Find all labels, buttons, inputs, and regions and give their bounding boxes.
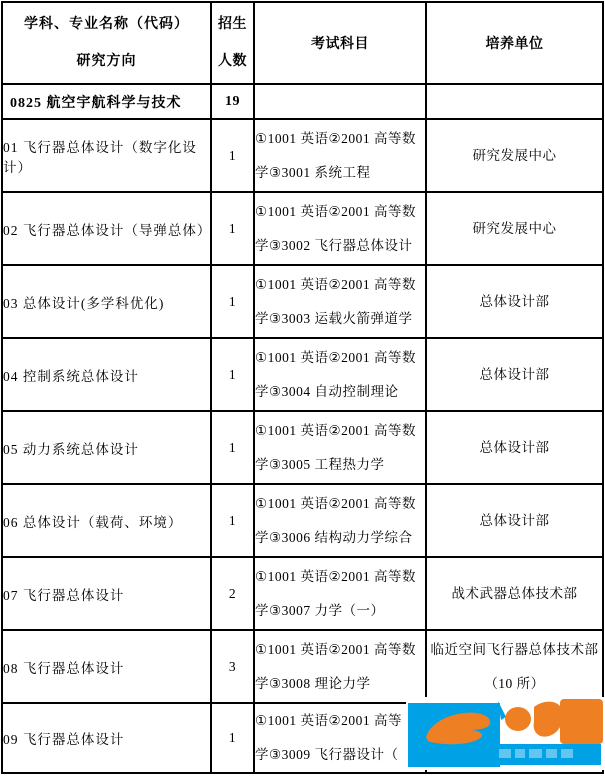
research-direction-cell: 07 飞行器总体设计 xyxy=(2,557,211,630)
table-row: 01 飞行器总体设计（数字化设计） 1 ①1001 英语②2001 高等数 学③… xyxy=(2,119,603,192)
research-direction-cell: 01 飞行器总体设计（数字化设计） xyxy=(2,119,211,192)
training-unit-cell: 总体设计部 xyxy=(426,265,603,338)
exam-line-2: 学③3004 自动控制理论 xyxy=(255,375,425,409)
document-page: 学科、专业名称（代码） 研究方向 招生 人数 考试科目 培养单位 0825 航空… xyxy=(0,0,605,776)
exam-subjects-cell: ①1001 英语②2001 高等数 学③3008 理论力学 xyxy=(254,630,426,703)
logo-tagline-mark xyxy=(529,749,542,758)
admissions-table: 学科、专业名称（代码） 研究方向 招生 人数 考试科目 培养单位 0825 航空… xyxy=(1,1,604,774)
table-row: 02 飞行器总体设计（导弹总体） 1 ①1001 英语②2001 高等数 学③3… xyxy=(2,192,603,265)
research-direction-cell: 04 控制系统总体设计 xyxy=(2,338,211,411)
exam-line-1: ①1001 英语②2001 高等数 xyxy=(255,414,425,448)
exam-line-2: 学③3005 工程热力学 xyxy=(255,448,425,482)
unit-line-1: 总体设计部 xyxy=(427,285,602,319)
table-header-row: 学科、专业名称（代码） 研究方向 招生 人数 考试科目 培养单位 xyxy=(2,2,603,84)
table-row: 08 飞行器总体设计 3 ①1001 英语②2001 高等数 学③3008 理论… xyxy=(2,630,603,703)
training-unit-cell: 总体设计部 xyxy=(426,411,603,484)
unit-line-1: 研究发展中心 xyxy=(427,139,602,173)
exam-line-2: 学③3008 理论力学 xyxy=(255,667,425,701)
enrollment-count-cell: 1 xyxy=(211,411,254,484)
exam-subjects-cell: ①1001 英语②2001 高等数 学③3003 运载火箭弹道学 xyxy=(254,265,426,338)
enrollment-count-cell: 1 xyxy=(211,338,254,411)
exam-subjects-cell: ①1001 英语②2001 高等数 学③3005 工程热力学 xyxy=(254,411,426,484)
research-direction-cell: 03 总体设计(多学科优化) xyxy=(2,265,211,338)
header-enrollment-line2: 人数 xyxy=(212,43,253,80)
exam-line-2: 学③3001 系统工程 xyxy=(255,156,425,190)
exam-line-1: ①1001 英语②2001 高等数 xyxy=(255,560,425,594)
exam-subjects-cell: ①1001 英语②2001 高等数 学③3002 飞行器总体设计 xyxy=(254,192,426,265)
exam-line-2: 学③3009 飞行器设计（ xyxy=(255,738,425,772)
exam-subjects-cell: ①1001 英语②2001 高等 学③3009 飞行器设计（ xyxy=(254,703,426,773)
discipline-unit-cell xyxy=(426,84,603,119)
logo-orange-block xyxy=(560,699,603,744)
exam-line-1: ①1001 英语②2001 高等数 xyxy=(255,341,425,375)
research-direction-cell: 09 飞行器总体设计 xyxy=(2,703,211,773)
research-direction-cell: 05 动力系统总体设计 xyxy=(2,411,211,484)
discipline-group-row: 0825 航空宇航科学与技术 19 xyxy=(2,84,603,119)
research-direction-cell: 06 总体设计（载荷、环境） xyxy=(2,484,211,557)
header-exam-cell: 考试科目 xyxy=(254,2,426,84)
logo-orange-char-2 xyxy=(534,702,564,737)
table-row: 03 总体设计(多学科优化) 1 ①1001 英语②2001 高等数 学③300… xyxy=(2,265,603,338)
header-subject-line2: 研究方向 xyxy=(3,43,210,80)
exam-line-1: ①1001 英语②2001 高等 xyxy=(255,704,425,738)
watermark-logo xyxy=(406,697,605,770)
training-unit-cell: 研究发展中心 xyxy=(426,192,603,265)
unit-line-1: 临近空间飞行器总体技术部 xyxy=(427,633,602,667)
table-row: 07 飞行器总体设计 2 ①1001 英语②2001 高等数 学③3007 力学… xyxy=(2,557,603,630)
enrollment-count-cell: 1 xyxy=(211,119,254,192)
table-row: 04 控制系统总体设计 1 ①1001 英语②2001 高等数 学③3004 自… xyxy=(2,338,603,411)
exam-line-2: 学③3003 运载火箭弹道学 xyxy=(255,302,425,336)
unit-line-1: 战术武器总体技术部 xyxy=(427,577,602,611)
exam-subjects-cell: ①1001 英语②2001 高等数 学③3004 自动控制理论 xyxy=(254,338,426,411)
logo-tagline-mark xyxy=(499,749,511,758)
enrollment-count-cell: 1 xyxy=(211,703,254,773)
research-direction-cell: 02 飞行器总体设计（导弹总体） xyxy=(2,192,211,265)
header-subject-line1: 学科、专业名称（代码） xyxy=(3,6,210,43)
exam-line-1: ①1001 英语②2001 高等数 xyxy=(255,195,425,229)
discipline-count-cell: 19 xyxy=(211,84,254,119)
unit-line-1: 总体设计部 xyxy=(427,431,602,465)
enrollment-count-cell: 2 xyxy=(211,557,254,630)
exam-line-2: 学③3007 力学（一） xyxy=(255,594,425,628)
unit-line-2: （10 所） xyxy=(427,667,602,701)
logo-orange-char-1 xyxy=(505,707,531,731)
discipline-name-cell: 0825 航空宇航科学与技术 xyxy=(2,84,211,119)
unit-line-1: 总体设计部 xyxy=(427,358,602,392)
header-enrollment-line1: 招生 xyxy=(212,6,253,43)
research-direction-cell: 08 飞行器总体设计 xyxy=(2,630,211,703)
header-enrollment-cell: 招生 人数 xyxy=(211,2,254,84)
enrollment-count-cell: 3 xyxy=(211,630,254,703)
exam-line-1: ①1001 英语②2001 高等数 xyxy=(255,633,425,667)
exam-line-2: 学③3002 飞行器总体设计 xyxy=(255,229,425,263)
header-unit-cell: 培养单位 xyxy=(426,2,603,84)
training-unit-cell: 总体设计部 xyxy=(426,484,603,557)
unit-line-1: 总体设计部 xyxy=(427,504,602,538)
header-subject-cell: 学科、专业名称（代码） 研究方向 xyxy=(2,2,211,84)
exam-line-2: 学③3006 结构动力学综合 xyxy=(255,521,425,555)
logo-graphic xyxy=(406,697,605,770)
unit-line-1: 研究发展中心 xyxy=(427,212,602,246)
training-unit-cell: 临近空间飞行器总体技术部 （10 所） xyxy=(426,630,603,703)
training-unit-cell: 总体设计部 xyxy=(426,338,603,411)
training-unit-cell: 战术武器总体技术部 xyxy=(426,557,603,630)
enrollment-count-cell: 1 xyxy=(211,192,254,265)
table-row: 05 动力系统总体设计 1 ①1001 英语②2001 高等数 学③3005 工… xyxy=(2,411,603,484)
logo-tagline-mark xyxy=(515,749,525,758)
exam-subjects-cell: ①1001 英语②2001 高等数 学③3006 结构动力学综合 xyxy=(254,484,426,557)
exam-line-1: ①1001 英语②2001 高等数 xyxy=(255,487,425,521)
exam-subjects-cell: ①1001 英语②2001 高等数 学③3007 力学（一） xyxy=(254,557,426,630)
enrollment-count-cell: 1 xyxy=(211,484,254,557)
training-unit-cell: 研究发展中心 xyxy=(426,119,603,192)
exam-subjects-cell: ①1001 英语②2001 高等数 学③3001 系统工程 xyxy=(254,119,426,192)
table-row: 06 总体设计（载荷、环境） 1 ①1001 英语②2001 高等数 学③300… xyxy=(2,484,603,557)
logo-tagline-mark xyxy=(546,749,557,758)
logo-tagline-mark xyxy=(561,749,573,758)
exam-line-1: ①1001 英语②2001 高等数 xyxy=(255,268,425,302)
enrollment-count-cell: 1 xyxy=(211,265,254,338)
discipline-exam-cell xyxy=(254,84,426,119)
exam-line-1: ①1001 英语②2001 高等数 xyxy=(255,122,425,156)
